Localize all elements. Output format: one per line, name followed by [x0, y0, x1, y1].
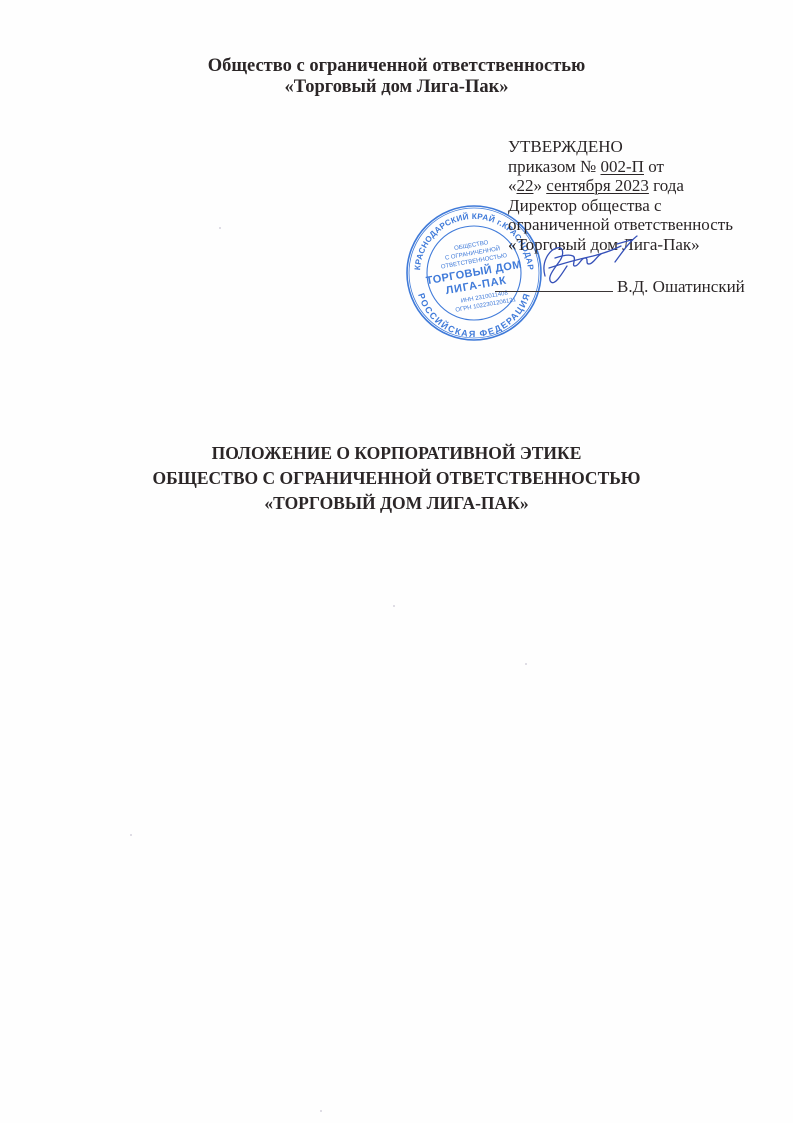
- position-line1: Директор общества с: [508, 196, 733, 216]
- scan-speck: [219, 227, 221, 229]
- title-line3: «ТОРГОВЫЙ ДОМ ЛИГА-ПАК»: [0, 491, 793, 516]
- date-month-year: сентября 2023: [546, 176, 649, 195]
- approval-date: «22» сентября 2023 года: [508, 176, 733, 196]
- date-close-quote: »: [534, 176, 547, 195]
- scan-speck: [525, 663, 527, 665]
- document-title: ПОЛОЖЕНИЕ О КОРПОРАТИВНОЙ ЭТИКЕ ОБЩЕСТВО…: [0, 441, 793, 516]
- signature-icon: [535, 232, 645, 292]
- scan-speck: [393, 605, 395, 607]
- order-suffix: от: [644, 157, 664, 176]
- scan-speck: [320, 1110, 322, 1112]
- scan-speck: [130, 834, 132, 836]
- title-line2: ОБЩЕСТВО С ОГРАНИЧЕННОЙ ОТВЕТСТВЕННОСТЬЮ: [0, 466, 793, 491]
- date-open-quote: «: [508, 176, 517, 195]
- organization-header: Общество с ограниченной ответственностью…: [0, 56, 793, 98]
- title-line1: ПОЛОЖЕНИЕ О КОРПОРАТИВНОЙ ЭТИКЕ: [0, 441, 793, 466]
- approval-order: приказом № 002-П от: [508, 157, 733, 177]
- order-number: 002-П: [601, 157, 644, 176]
- approval-title: УТВЕРЖДЕНО: [508, 137, 733, 157]
- order-prefix: приказом №: [508, 157, 601, 176]
- org-name-line2: «Торговый дом Лига-Пак»: [0, 77, 793, 98]
- date-day: 22: [517, 176, 534, 195]
- date-suffix: года: [649, 176, 684, 195]
- document-page: Общество с ограниченной ответственностью…: [0, 0, 793, 1123]
- org-name-line1: Общество с ограниченной ответственностью: [0, 56, 793, 77]
